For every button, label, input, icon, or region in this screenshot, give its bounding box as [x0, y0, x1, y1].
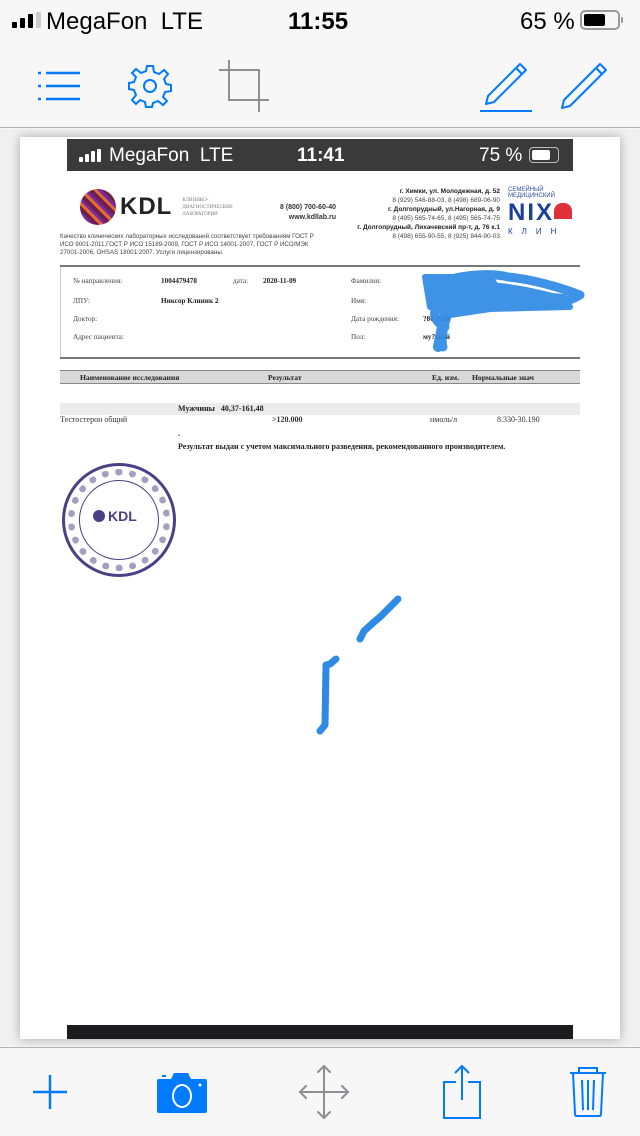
heart-icon [554, 203, 572, 219]
clinic-addresses: г. Химки, ул. Молодежная, д. 52 8 (929) … [290, 187, 500, 241]
surname-label: Фамилия: [351, 277, 381, 285]
top-toolbar [0, 40, 640, 128]
referral-value: 1004479478 [161, 277, 197, 285]
add-button[interactable] [20, 1062, 80, 1122]
results-table-header: Наименование исследования Результат Ед. … [60, 370, 580, 384]
dob-value: ?86-?-20 [423, 315, 449, 323]
date-label: дата: [233, 277, 248, 285]
lpu-value: Никсор Клиник 2 [161, 297, 218, 305]
address-phones: 8 (498) 655-90-55, 8 (925) 844-90-03 [290, 232, 500, 241]
markup-pen-icon [480, 60, 532, 112]
camera-icon [156, 1071, 208, 1113]
plus-icon [31, 1073, 69, 1111]
col-header: Результат [268, 373, 302, 382]
address-line: г. Долгопрудный, ул.Нагорная, д. 9 [290, 205, 500, 214]
test-result: >120.000 [272, 415, 303, 424]
delete-button[interactable] [558, 1062, 618, 1122]
sex-label: Пол: [351, 333, 365, 341]
quality-note: Качество клинических лабораторных исслед… [60, 233, 325, 257]
kdl-subtitle: КЛИНИКО-ДИАГНОСТИЧЕСКИЕ ЛАБОРАТОРИИ [182, 197, 242, 218]
sex-value: му?ской [423, 333, 450, 341]
clinic-logo-top: СЕМЕЙНЫЙ МЕДИЦИНСКИЙ [508, 187, 588, 199]
share-button[interactable] [432, 1062, 492, 1122]
clock: 11:55 [288, 8, 348, 36]
patient-info: № направления: 1004479478 дата: 2020-11-… [60, 267, 580, 359]
inner-signal-icon [79, 149, 101, 162]
address-label: Адрес пациента: [73, 333, 124, 341]
address-line: г. Химки, ул. Молодежная, д. 52 [290, 187, 500, 196]
stamp-brand: KDL [108, 508, 137, 524]
markup-button[interactable] [478, 58, 534, 114]
status-bar: MegaFon LTE 11:55 65 % [0, 0, 640, 40]
list-icon [36, 70, 80, 102]
clinic-logo-mid: NIX [508, 199, 554, 226]
referral-label: № направления: [73, 277, 122, 285]
screenshot-status-bar: MegaFon LTE 11:41 75 % [67, 139, 573, 171]
test-name: Тестостерон общий [60, 415, 127, 424]
screenshot-bottom-bar [67, 1025, 573, 1039]
note-marker: . [178, 429, 180, 438]
battery-percent: 65 % [520, 8, 575, 36]
camera-button[interactable] [152, 1062, 212, 1122]
kdl-brand: KDL [120, 193, 172, 221]
group-label: Мужчины 40,37-161,48 [178, 404, 264, 413]
crop-button[interactable] [216, 58, 272, 114]
lab-stamp: KDL [62, 463, 176, 577]
stamp-logo-icon [93, 510, 105, 522]
col-header: Ед. изм. [432, 373, 459, 382]
trash-icon [569, 1066, 607, 1118]
move-icon [298, 1064, 350, 1120]
pen-icon [556, 60, 608, 112]
reference-group: Мужчины 40,37-161,48 [60, 403, 580, 415]
name-label: Имя: [351, 297, 366, 305]
inner-battery-icon [529, 147, 559, 163]
settings-button[interactable] [122, 58, 178, 114]
signal-icon [12, 12, 41, 28]
bottom-toolbar [0, 1047, 640, 1136]
test-unit: нмоль/л [430, 415, 457, 424]
inner-carrier-label: MegaFon LTE [109, 145, 233, 167]
date-value: 2020-11-09 [263, 277, 296, 285]
document-canvas: MegaFon LTE 11:41 75 % KDL КЛИНИКО-ДИАГН… [0, 129, 640, 1046]
col-header: Нормальные знач [472, 373, 534, 382]
table-row: Тестостерон общий >120.000 нмоль/л 8.330… [60, 415, 580, 427]
result-note: Результат выдан с учетом максимального р… [178, 440, 558, 453]
scanned-page[interactable]: MegaFon LTE 11:41 75 % KDL КЛИНИКО-ДИАГН… [20, 137, 620, 1039]
gear-icon [127, 63, 173, 109]
inner-battery-percent: 75 % [479, 145, 522, 167]
move-button[interactable] [294, 1062, 354, 1122]
list-button[interactable] [30, 58, 86, 114]
share-icon [442, 1064, 482, 1120]
address-line: г. Долгопрудный, Лихачевский пр-т, д. 76… [290, 223, 500, 232]
kdl-logo: KDL КЛИНИКО-ДИАГНОСТИЧЕСКИЕ ЛАБОРАТОРИИ [80, 189, 242, 225]
doctor-label: Доктор: [73, 315, 97, 323]
lpu-label: ЛПУ: [73, 297, 90, 305]
address-phones: 8 (929) 546-88-03, 8 (498) 689-06-90 [290, 196, 500, 205]
clinic-logo-bottom: КЛИН [508, 227, 588, 236]
dob-label: Дата рождения: [351, 315, 399, 323]
clinic-logo: СЕМЕЙНЫЙ МЕДИЦИНСКИЙ NIX КЛИН [508, 187, 588, 237]
kdl-logo-icon [80, 189, 116, 225]
carrier-label: MegaFon LTE [46, 8, 203, 36]
address-phones: 8 (495) 565-74-65, 8 (495) 565-74-75 [290, 214, 500, 223]
col-header: Наименование исследования [80, 373, 179, 382]
inner-clock: 11:41 [297, 145, 345, 167]
crop-icon [219, 60, 269, 112]
test-range: 8.330-30.190 [497, 415, 540, 424]
battery-icon [580, 10, 620, 30]
pen-button[interactable] [554, 58, 610, 114]
divider [60, 357, 580, 359]
